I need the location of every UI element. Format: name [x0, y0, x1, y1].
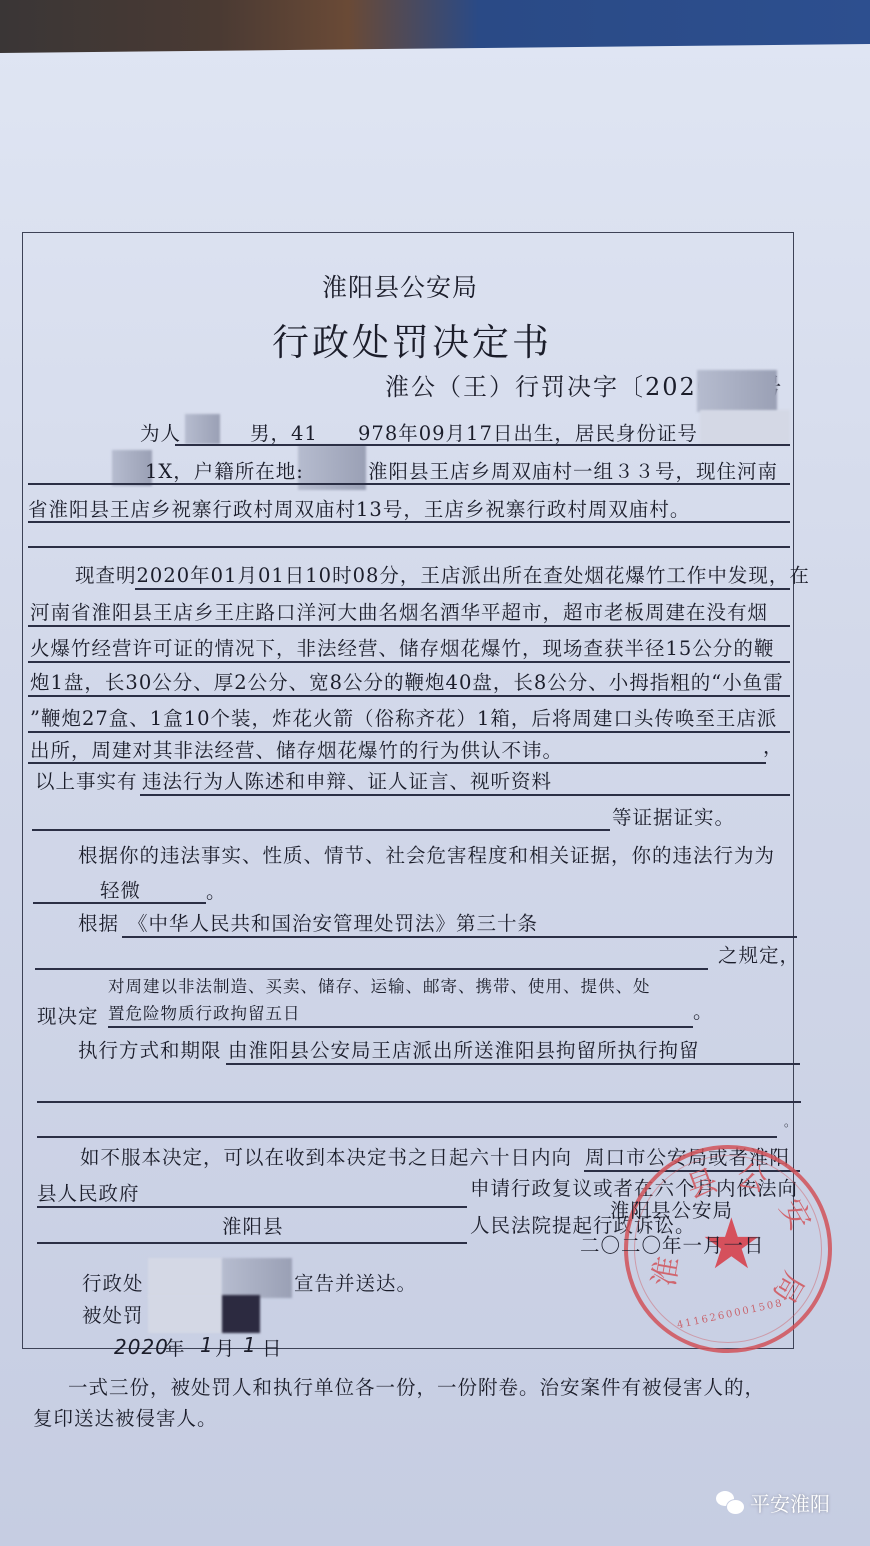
severity-value: 轻微 [100, 875, 141, 903]
execution-content: 由淮阳县公安局王店派出所送淮阳县拘留所执行拘留 [228, 1035, 700, 1063]
facts-line-3: 火爆竹经营许可证的情况下，非法经营、储存烟花爆竹，现场查获半径15公分的鞭 [30, 633, 774, 661]
handwritten-year: 2020 [114, 1335, 169, 1359]
delivery-month-label: 月 [215, 1333, 236, 1361]
footnote-line-1: 一式三份，被处罚人和执行单位各一份，一份附卷。治安案件有被侵害人的， [68, 1372, 765, 1400]
facts-line-4: 炮1盘，长30公分、厚2公分、宽8公分的鞭炮40盘，长8公分、小拇指粗的“小鱼雷 [30, 667, 784, 695]
decision-prefix: 现决定 [37, 1001, 99, 1029]
party-birth-id: 978年09月17日出生，居民身份证号 [358, 418, 698, 446]
delivery-year-label: 年 [165, 1333, 186, 1361]
underline [28, 695, 790, 697]
party-line1-prefix: 为人 [140, 418, 181, 446]
facts-line-5: ”鞭炮27盒、1盒10个装，炸花火箭（俗称齐花）1箱，后将周建口头传唤至王店派 [30, 703, 777, 731]
severity-suffix: 。 [206, 876, 227, 904]
party-current-address: 省淮阳县王店乡祝寨行政村周双庙村13号，王店乡祝寨行政村周双庙村。 [28, 494, 690, 522]
handwritten-day: 1 [243, 1333, 257, 1357]
underline [28, 731, 790, 733]
underline [122, 936, 797, 938]
evidence-content: 违法行为人陈述和申辩、证人证言、视听资料 [142, 766, 552, 794]
issuing-agency: 淮阳县公安局 [322, 268, 478, 304]
facts-line-2: 河南省淮阳县王店乡王庄路口洋河大曲名烟名酒华平超市，超市老板周建在没有烟 [30, 597, 768, 625]
evidence-prefix: 以上事实有 [35, 766, 138, 794]
underline [108, 1026, 693, 1028]
redaction-block [185, 414, 220, 444]
execution-prefix: 执行方式和期限 [78, 1035, 222, 1063]
underline [28, 521, 790, 523]
redaction-block [697, 370, 777, 412]
severity-prefix: 根据你的违法事实、性质、情节、社会危害程度和相关证据，你的违法行为为 [78, 840, 775, 868]
appeal-line2-content: 县人民政府 [37, 1178, 140, 1206]
redaction-block [222, 1258, 292, 1298]
decision-content-line2: 置危险物质行政拘留五日 [108, 1000, 301, 1024]
party-line2-prefix: 1X，户籍所在地: [145, 456, 304, 484]
underline [28, 661, 790, 663]
redaction-block [700, 410, 790, 446]
underline [175, 444, 790, 446]
legal-basis-content: 《中华人民共和国治安管理处罚法》第三十条 [128, 908, 538, 936]
footnote-line-2: 复印送达被侵害人。 [33, 1403, 218, 1431]
redaction-block [148, 1258, 223, 1298]
redaction-block [148, 1295, 223, 1333]
underline [226, 1063, 800, 1065]
wechat-icon [716, 1491, 744, 1515]
underline [135, 588, 790, 590]
signature-agency: 淮阳县公安局 [610, 1195, 733, 1223]
delivery-day-label: 日 [262, 1333, 283, 1361]
underline [37, 1206, 467, 1208]
underline [28, 762, 766, 764]
decision-suffix: 。 [693, 996, 714, 1024]
underline [37, 1136, 777, 1138]
delivery-line2-prefix: 被处罚 [82, 1300, 144, 1328]
underline [28, 546, 790, 548]
redaction-block [222, 1295, 260, 1333]
party-gender-age: 男，41 [250, 418, 318, 446]
appeal-line1-prefix: 如不服本决定，可以在收到本决定书之日起六十日内向 [80, 1142, 572, 1170]
underline [37, 1242, 467, 1244]
delivery-line1-prefix: 行政处 [82, 1268, 144, 1296]
evidence-suffix: 等证据证实。 [612, 802, 735, 830]
execution-end: 。 [784, 1113, 797, 1130]
watermark-text: 平安淮阳 [750, 1488, 830, 1517]
delivery-line1-suffix: 宣告并送达。 [294, 1268, 417, 1296]
appeal-line3-content: 淮阳县 [222, 1211, 284, 1239]
signature-date: 二〇二〇年一月一日 [580, 1230, 765, 1258]
underline [32, 829, 610, 831]
decision-content-line1: 对周建以非法制造、买卖、储存、运输、邮寄、携带、使用、提供、处 [108, 973, 651, 997]
underline [28, 625, 790, 627]
underline [37, 1101, 801, 1103]
underline [35, 968, 708, 970]
document-title: 行政处罚决定书 [272, 312, 552, 366]
underline [140, 794, 790, 796]
legal-basis-suffix: 之规定， [718, 940, 800, 968]
underline [28, 483, 790, 485]
underline [33, 902, 206, 904]
watermark: 平安淮阳 [716, 1488, 830, 1517]
party-household-address: 淮阳县王店乡周双庙村一组３３号，现住河南 [368, 456, 778, 484]
legal-basis-prefix: 根据 [78, 908, 119, 936]
handwritten-month: 1 [200, 1333, 214, 1357]
facts-line-1: 现查明2020年01月01日10时08分，王店派出所在查处烟花爆竹工作中发现，在 [75, 560, 810, 588]
facts-line-6-end: ， [763, 731, 784, 759]
facts-line-6: 出所，周建对其非法经营、储存烟花爆竹的行为供认不讳。 [30, 735, 563, 763]
